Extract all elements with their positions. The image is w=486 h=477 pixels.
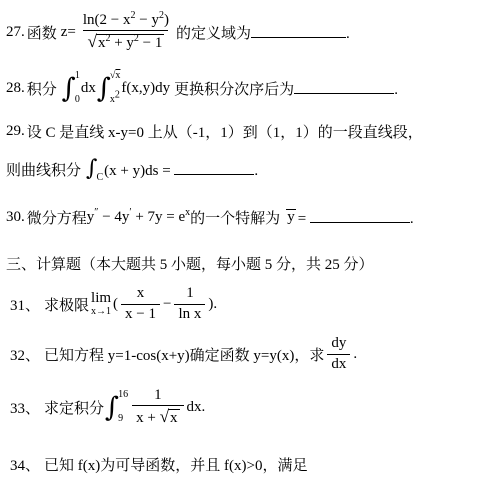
definite-integral: ∫ 16 9	[105, 390, 128, 424]
integral-limits: √x x2	[110, 71, 121, 105]
fraction-denominator: dx	[327, 354, 350, 373]
problem-30-tail: = .	[298, 207, 414, 228]
math-token: + 7y = e	[132, 209, 186, 225]
math-token: x +	[136, 410, 159, 426]
fraction-denominator: x + √x	[132, 405, 183, 427]
open-paren: (	[113, 296, 118, 313]
math-token: f(x,y)dy	[121, 80, 170, 97]
problem-31-label: 求极限	[44, 294, 89, 315]
integral-limits: C	[96, 155, 103, 183]
problem-34: 34、 已知 f(x)为可导函数，并且 f(x)>0，满足	[10, 452, 307, 476]
problem-28-number: 28.	[6, 80, 25, 97]
problem-28: 28. 积分 ∫ 1 0 dx ∫ √x x2 f(x,y)dy 更换积分次序后…	[6, 64, 398, 112]
radicand: x	[115, 70, 120, 81]
fraction: x x − 1	[121, 285, 160, 323]
answer-blank	[174, 159, 254, 175]
math-token: − 1	[139, 35, 162, 51]
radicand: x2 + y2 − 1	[96, 34, 164, 52]
math-token: dx	[81, 80, 96, 97]
y-bar: y	[286, 209, 296, 226]
problem-28-tail: 更换积分次序后为.	[174, 78, 398, 99]
section-heading: 三、计算题（本大题共 5 小题，每小题 5 分，共 25 分）	[6, 251, 374, 275]
integral-upper-limit: 1	[75, 71, 80, 81]
answer-blank	[251, 22, 346, 38]
fraction: 1 x + √x	[132, 387, 183, 428]
inner-integral: ∫ √x x2	[97, 71, 121, 105]
fraction-denominator: √x2 + y2 − 1	[83, 30, 168, 52]
problem-30-label: 微分方程	[27, 207, 87, 228]
problem-31: 31、 求极限 lim x→1 ( x x − 1 − 1 ln x ) .	[10, 281, 217, 327]
math-token: (x + y)ds =	[104, 163, 171, 179]
period: .	[394, 82, 398, 98]
problem-29-tail: (x + y)ds = .	[104, 159, 258, 180]
line-integral: ∫ C	[86, 155, 103, 183]
integral-upper-limit: √x	[110, 71, 121, 81]
limit-operator: lim x→1	[91, 291, 111, 317]
fraction-numerator: 1	[150, 387, 166, 405]
answer-blank	[310, 207, 410, 223]
integral-lower-limit: 0	[75, 95, 80, 105]
integral-lower-limit: x2	[110, 95, 121, 105]
problem-30-number: 30.	[6, 209, 25, 226]
exam-document: 27. 函数 z= ln(2 − x2 − y2) √x2 + y2 − 1 的…	[0, 0, 486, 477]
problem-33-label: 求定积分	[44, 397, 104, 418]
integral-lower-limit: 9	[118, 414, 128, 424]
minus-sign: −	[163, 296, 171, 313]
problem-33: 33、 求定积分 ∫ 16 9 1 x + √x dx .	[10, 380, 205, 434]
math-token: z=	[61, 24, 76, 41]
derivative-fraction: dy dx	[327, 335, 350, 373]
equals-sign: =	[298, 211, 306, 227]
problem-29-text2: 则曲线积分	[6, 159, 81, 180]
problem-30: 30. 微分方程 y″ − 4y′ + 7y = ex 的一个特解为 y = .	[6, 198, 414, 236]
math-token: ln(2 − x	[83, 12, 131, 28]
answer-blank	[294, 78, 394, 94]
period: .	[254, 163, 258, 179]
problem-30-text: 的一个特解为	[190, 207, 280, 228]
integral-icon: ∫	[97, 75, 111, 102]
problem-33-number: 33、	[10, 397, 40, 418]
integral-upper-limit: 16	[118, 390, 128, 400]
math-token: )	[164, 12, 169, 28]
integral-limits: 1 0	[75, 71, 80, 105]
superscript: 2	[115, 90, 120, 101]
period: .	[213, 296, 217, 313]
period: .	[202, 399, 206, 416]
problem-34-number: 34、	[10, 454, 40, 475]
fraction-numerator: ln(2 − x2 − y2)	[79, 12, 173, 30]
fraction-numerator: x	[133, 285, 149, 303]
math-token: − y	[136, 12, 159, 28]
period: .	[346, 26, 350, 42]
problem-28-text: 更换积分次序后为	[174, 82, 294, 98]
integral-limits: 16 9	[118, 390, 128, 424]
outer-integral: ∫ 1 0	[62, 71, 80, 105]
problem-31-number: 31、	[10, 294, 40, 315]
math-token: − 4y	[98, 209, 129, 225]
problem-27-number: 27.	[6, 24, 25, 41]
fraction-numerator: 1	[182, 285, 198, 303]
fraction: 1 ln x	[174, 285, 205, 323]
problem-27-label: 函数	[27, 22, 57, 43]
problem-29-text: 设 C 是直线 x-y=0 上从（-1，1）到（1，1）的一段直线段，	[27, 121, 423, 142]
fraction-denominator: x − 1	[121, 304, 160, 323]
limit-subscript: x→1	[91, 307, 111, 318]
period: .	[410, 211, 414, 227]
fraction-denominator: ln x	[174, 304, 205, 323]
problem-32-text: 已知方程 y=1-cos(x+y)确定函数 y=y(x)，求	[44, 344, 324, 365]
radicand: x	[168, 409, 180, 427]
math-token: + y	[110, 35, 133, 51]
problem-34-text: 已知 f(x)为可导函数，并且 f(x)>0，满足	[44, 454, 307, 475]
fraction: ln(2 − x2 − y2) √x2 + y2 − 1	[79, 12, 173, 53]
equation: y″ − 4y′ + 7y = ex	[87, 209, 190, 226]
fraction-numerator: dy	[327, 335, 350, 353]
problem-32: 32、 已知方程 y=1-cos(x+y)确定函数 y=y(x)，求 dy dx…	[10, 331, 357, 377]
section-heading-text: 三、计算题（本大题共 5 小题，每小题 5 分，共 25 分）	[6, 253, 374, 274]
lim-text: lim	[91, 291, 111, 307]
period: .	[353, 346, 357, 363]
problem-32-number: 32、	[10, 344, 40, 365]
problem-29-line2: 则曲线积分 ∫ C (x + y)ds = .	[6, 148, 258, 190]
problem-27-text: 的定义域为	[176, 26, 251, 42]
integral-icon: ∫	[62, 75, 76, 102]
problem-27-tail: 的定义域为.	[176, 22, 350, 43]
problem-29-line1: 29. 设 C 是直线 x-y=0 上从（-1，1）到（1，1）的一段直线段，	[6, 119, 423, 143]
problem-27: 27. 函数 z= ln(2 − x2 − y2) √x2 + y2 − 1 的…	[6, 4, 350, 60]
problem-28-label: 积分	[27, 78, 57, 99]
integral-icon: ∫	[105, 394, 119, 421]
integral-lower-limit: C	[96, 173, 103, 183]
problem-29-number: 29.	[6, 123, 25, 140]
math-token: dx	[187, 399, 202, 416]
